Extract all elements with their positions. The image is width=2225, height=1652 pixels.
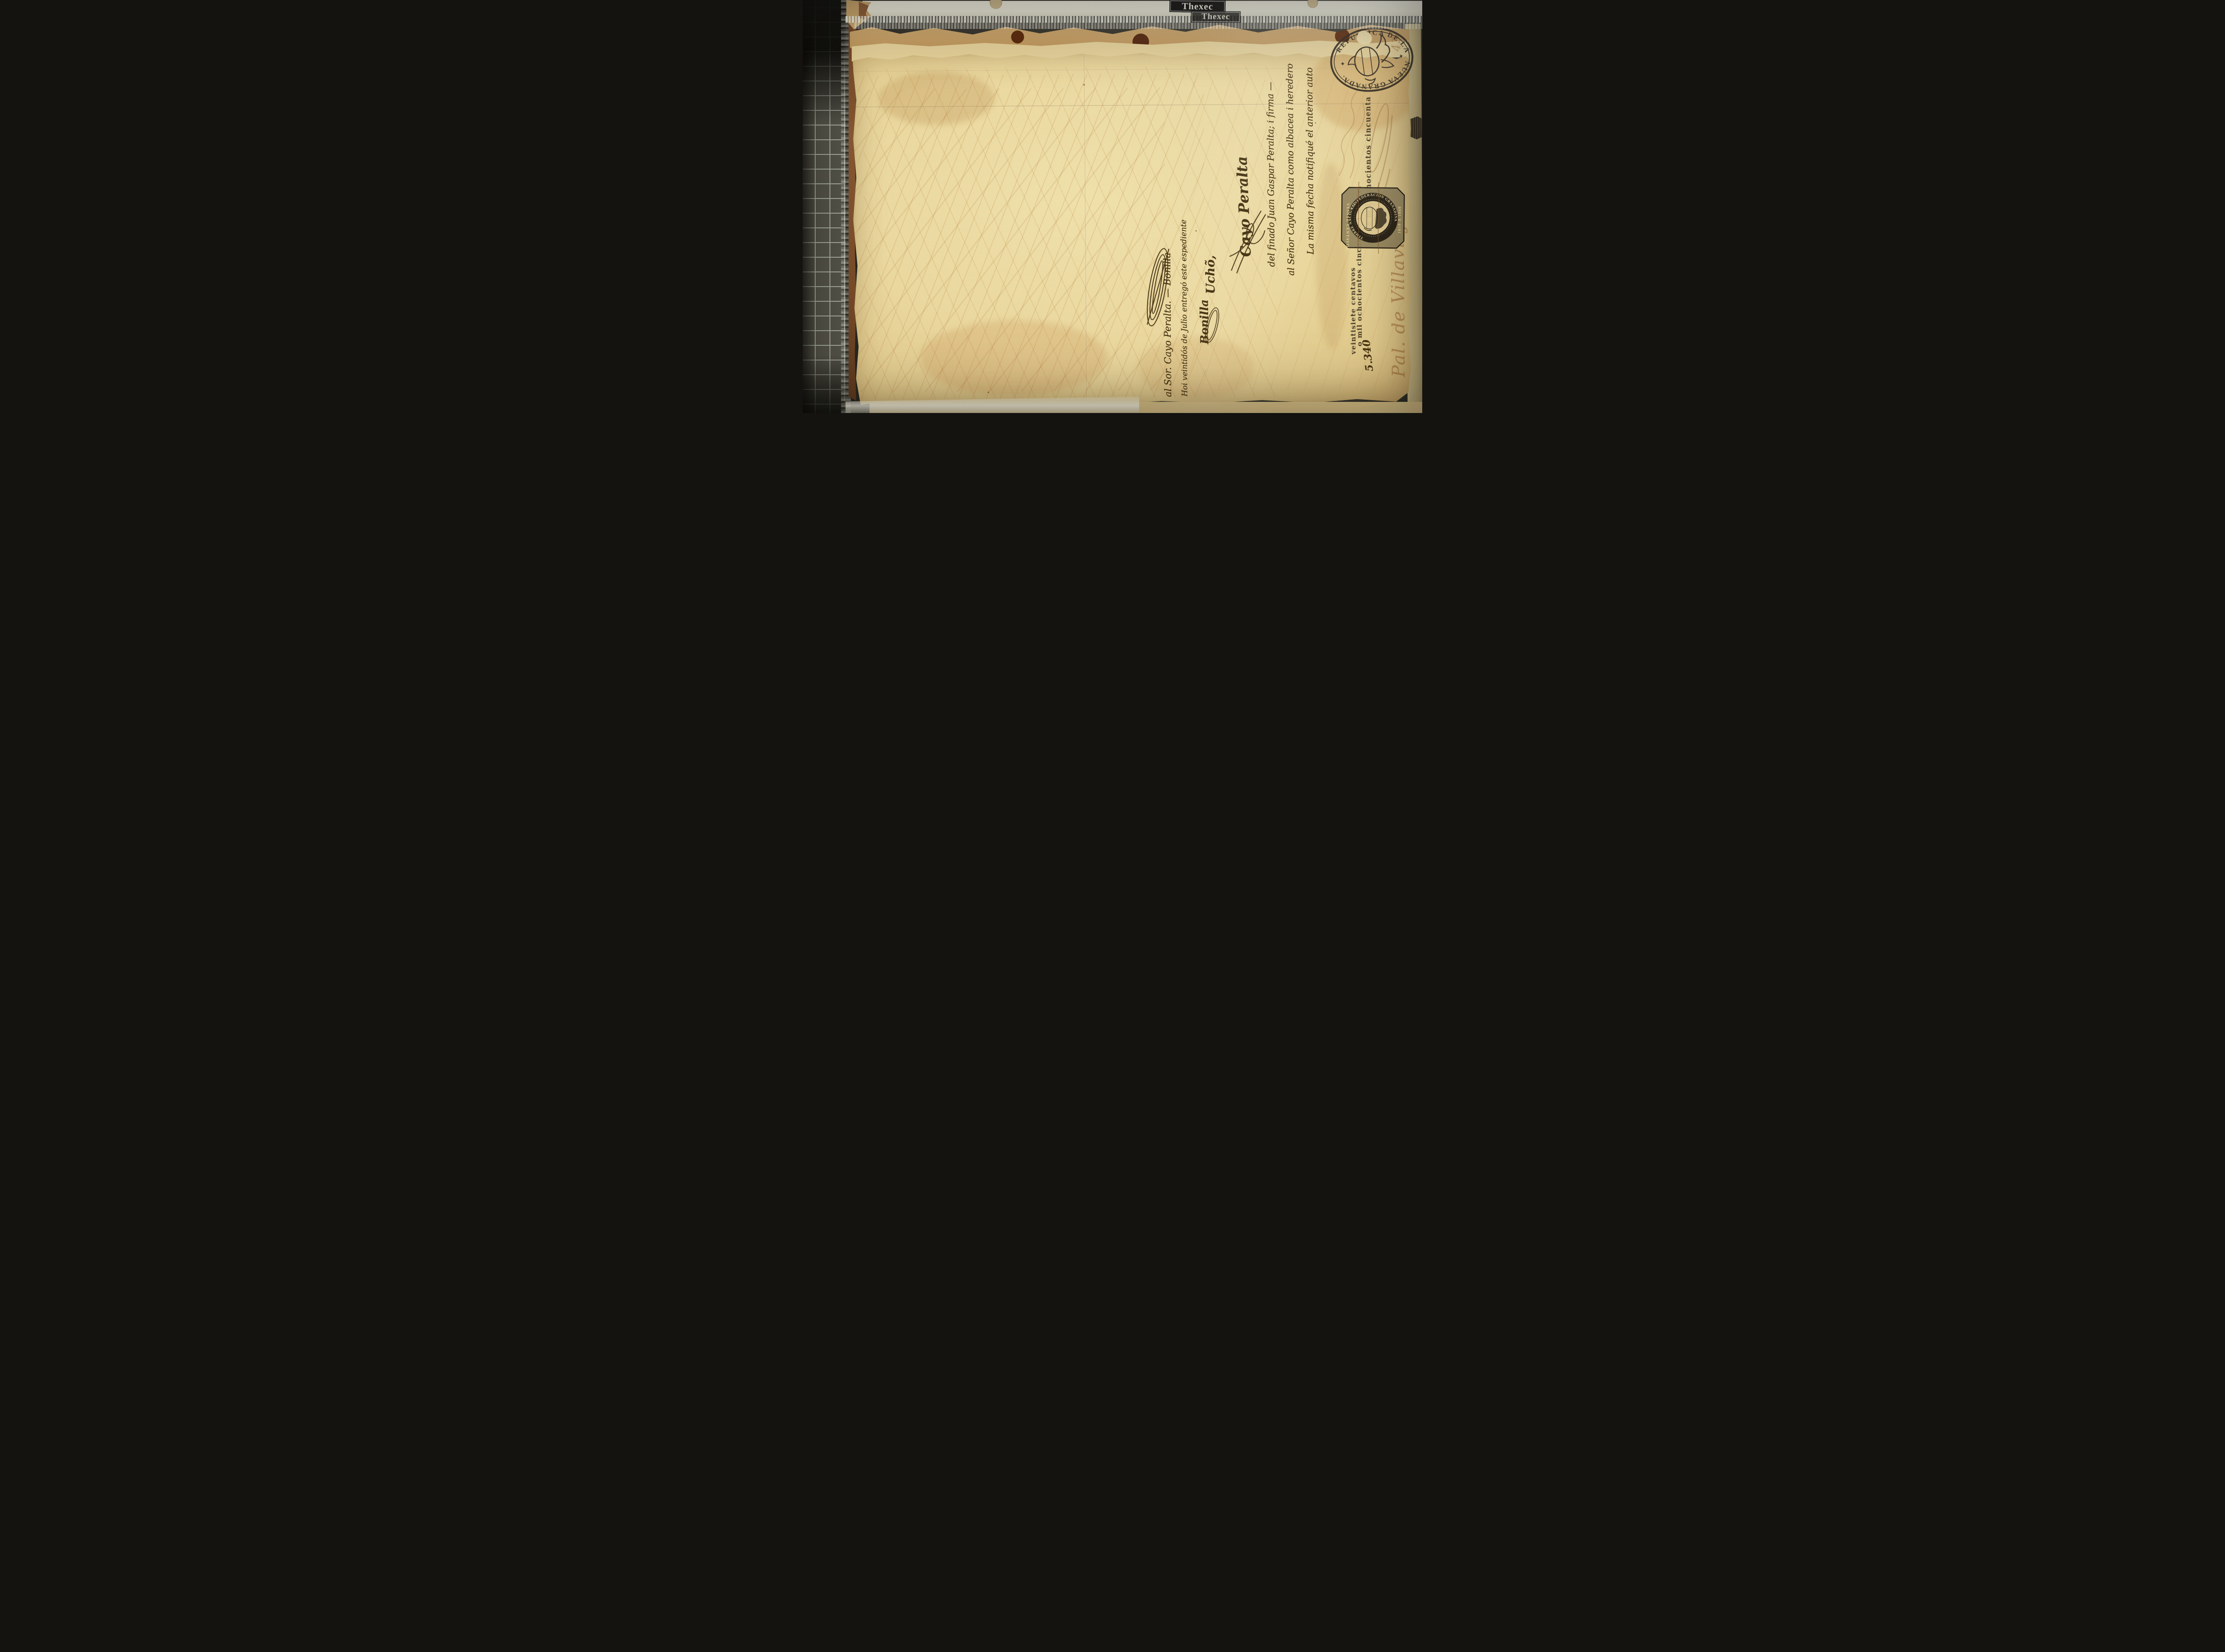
manuscript-line: Hoi veintidós de Julio entregó este espe… — [1179, 234, 1189, 397]
underlying-stamp-corner — [1409, 116, 1422, 139]
manuscript-sheet — [852, 50, 1413, 407]
photo-of-archived-manuscript: La misma fecha notifiqué el anterior aut… — [803, 0, 1422, 413]
sleeve-brand-stamp-under-plastic: Thexec — [1191, 11, 1241, 23]
sleeve-weld-teeth — [854, 23, 1422, 29]
signature-ucho: Uchõ, — [1204, 249, 1218, 294]
punch-hole-icon — [1307, 0, 1318, 8]
nueva-granada-seal-stamp: REPUBLICA DE LA NUEVA GRANADA. ✦ ✦ — [1324, 20, 1420, 99]
manuscript-line: al Señor Cayo Peralta como albacea i her… — [1284, 83, 1296, 275]
signature-flourish-icon — [1202, 305, 1222, 344]
stamp-right-label: 1859 A 1860 — [1397, 206, 1402, 234]
printed-margin-line: veintisiete centavos — [1349, 250, 1358, 354]
ink-spot — [1315, 122, 1316, 124]
ink-spot — [987, 392, 989, 393]
seal-ornament-icon: ✦ — [1398, 53, 1404, 60]
binder-strip — [862, 1, 1422, 16]
seal-ornament-icon: ✦ — [1340, 60, 1346, 68]
signature-flourish-icon — [1226, 207, 1268, 275]
ink-spot — [1195, 230, 1197, 232]
punch-hole-icon — [990, 0, 1002, 9]
revenue-stamp: TIMBRE NACIONAL CONFEDERACION GRANADINA … — [1340, 186, 1405, 249]
rubric-flourish-icon — [1143, 244, 1172, 330]
stamp-left-label: VEINTE CENTAVOS — [1345, 203, 1350, 251]
ink-spot — [1083, 84, 1085, 85]
document-group: La misma fecha notifiqué el anterior aut… — [803, 0, 1422, 413]
manuscript-line: La misma fecha notifiqué el anterior aut… — [1304, 77, 1316, 255]
sleeve-weld-teeth — [845, 16, 1422, 23]
